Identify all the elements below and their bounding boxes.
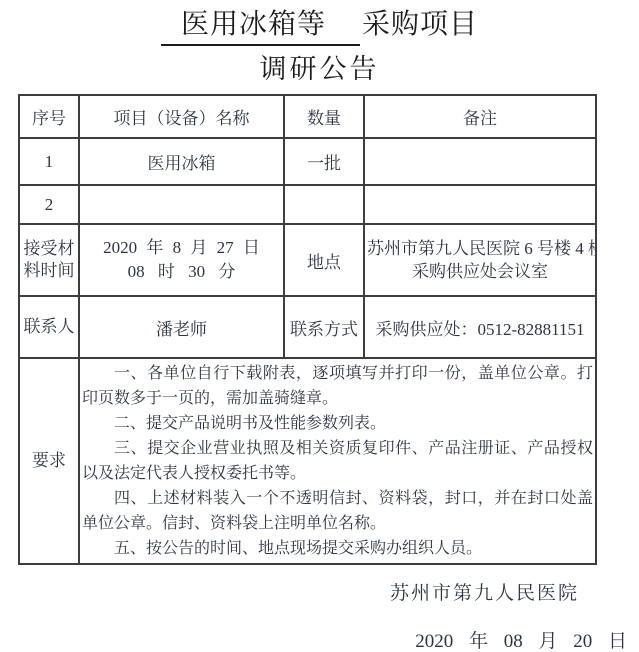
material-time-value: 2020 年 8 月 27 日 08 时 30 分 xyxy=(79,224,284,296)
title-block: 医用冰箱等采购项目 调研公告 xyxy=(0,0,639,86)
requirement-item-1: 一、各单位自行下载附表，逐项填写并打印一份，盖单位公章。打印页数多于一页的，需加… xyxy=(82,361,593,411)
item-row-1: 1 医用冰箱 一批 xyxy=(19,138,596,185)
contact-row: 联系人 潘老师 联系方式 采购供应处：0512-82881151 xyxy=(19,296,596,358)
issuing-organization: 苏州市第九人民医院 xyxy=(0,578,639,605)
material-time-row: 接受材料时间 2020 年 8 月 27 日 08 时 30 分 地点 苏州市第… xyxy=(19,224,596,296)
requirements-row: 要求 一、各单位自行下载附表，逐项填写并打印一份，盖单位公章。打印页数多于一页的… xyxy=(19,358,596,564)
title-underlined-segment: 医用冰箱等 xyxy=(161,7,360,46)
item2-name xyxy=(79,185,284,224)
document-subtitle: 调研公告 xyxy=(0,52,639,86)
item2-seq: 2 xyxy=(19,185,79,224)
item1-seq: 1 xyxy=(19,138,79,185)
table-header-row: 序号 项目（设备）名称 数量 备注 xyxy=(19,95,596,138)
document-page: 医用冰箱等采购项目 调研公告 序号 项目（设备）名称 数量 备注 1 医用冰箱 … xyxy=(0,0,639,652)
requirement-item-5: 五、按公告的时间、地点现场提交采购办组织人员。 xyxy=(82,536,593,561)
item1-name: 医用冰箱 xyxy=(79,138,284,185)
contact-method-label: 联系方式 xyxy=(284,296,364,358)
item-row-2: 2 xyxy=(19,185,596,224)
place-line1: 苏州市第九人民医院 6 号楼 4 楼 xyxy=(367,237,593,260)
contact-method-value: 采购供应处：0512-82881151 xyxy=(364,296,596,358)
place-line2: 采购供应处会议室 xyxy=(367,260,593,283)
header-item-name: 项目（设备）名称 xyxy=(79,95,284,138)
place-value: 苏州市第九人民医院 6 号楼 4 楼 采购供应处会议室 xyxy=(364,224,596,296)
contact-name: 潘老师 xyxy=(79,296,284,358)
requirement-item-2: 二、提交产品说明书及性能参数列表。 xyxy=(82,411,593,436)
header-seq: 序号 xyxy=(19,95,79,138)
material-clock: 08 时 30 分 xyxy=(82,260,281,284)
material-date: 2020 年 8 月 27 日 xyxy=(82,236,281,260)
contact-label: 联系人 xyxy=(19,296,79,358)
item2-quantity xyxy=(284,185,364,224)
issue-date: 2020 年 08 月 20 日 xyxy=(0,626,639,652)
procurement-table: 序号 项目（设备）名称 数量 备注 1 医用冰箱 一批 2 接受材料时间 202… xyxy=(18,94,597,565)
document-title: 医用冰箱等采购项目 xyxy=(0,7,639,46)
requirements-label: 要求 xyxy=(19,358,79,564)
item1-remarks xyxy=(364,138,596,185)
header-quantity: 数量 xyxy=(284,95,364,138)
title-rest-segment: 采购项目 xyxy=(362,7,478,43)
requirement-item-4: 四、上述材料装入一个不透明信封、资料袋，封口，并在封口处盖单位公章。信封、资料袋… xyxy=(82,486,593,536)
header-remarks: 备注 xyxy=(364,95,596,138)
item1-quantity: 一批 xyxy=(284,138,364,185)
item2-remarks xyxy=(364,185,596,224)
requirements-body: 一、各单位自行下载附表，逐项填写并打印一份，盖单位公章。打印页数多于一页的，需加… xyxy=(79,358,596,564)
place-label: 地点 xyxy=(284,224,364,296)
material-time-label: 接受材料时间 xyxy=(19,224,79,296)
requirement-item-3: 三、提交企业营业执照及相关资质复印件、产品注册证、产品授权以及法定代表人授权委托… xyxy=(82,436,593,486)
